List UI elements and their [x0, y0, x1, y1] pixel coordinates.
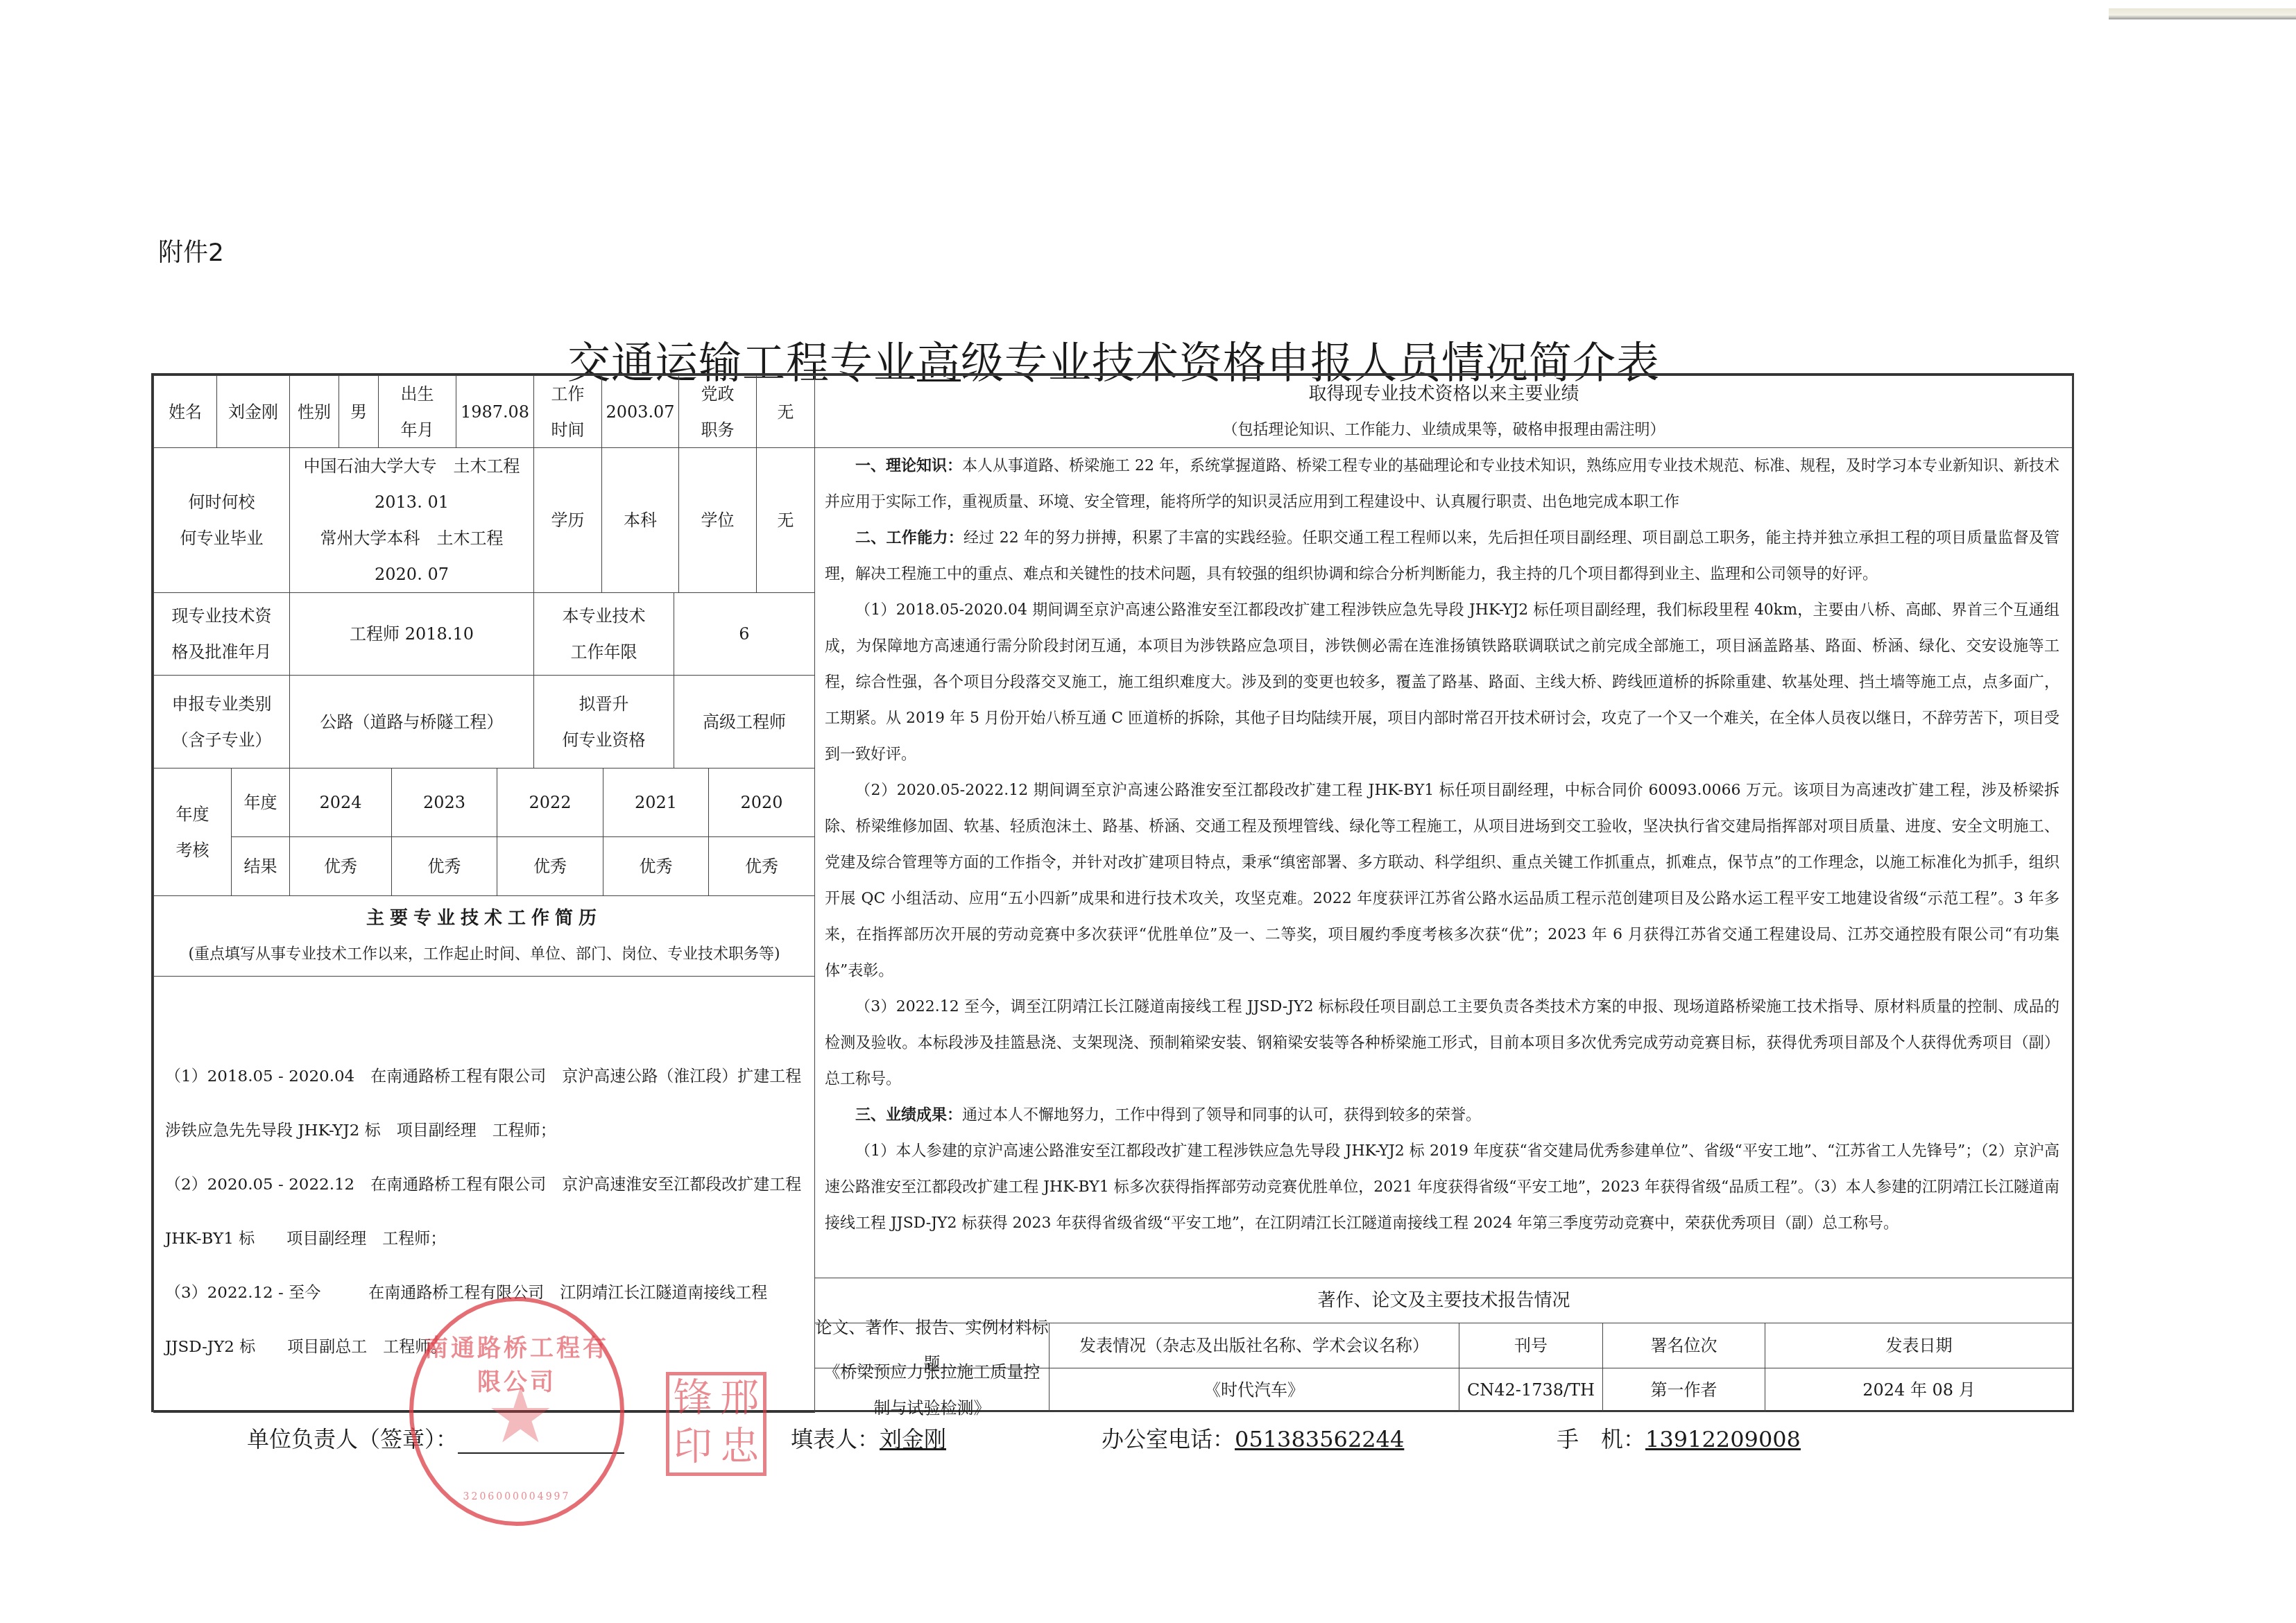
birth-value: 1987.08 — [456, 375, 534, 448]
degree-label: 学位 — [678, 447, 757, 593]
category-value: 公路（道路与桥隧工程） — [289, 675, 534, 768]
party-post-label: 党政职务 — [678, 375, 757, 448]
publication-cell: 2024 年 08 月 — [1765, 1368, 2073, 1412]
party-post-value: 无 — [756, 375, 815, 448]
assessment-result: 优秀 — [603, 836, 709, 896]
resume-entry: （1）2018.05 - 2020.04 在南通路桥工程有限公司 京沪高速公路（… — [165, 1049, 806, 1158]
resume-subheading: (重点填写从事专业技术工作以来，工作起止时间、单位、部门、岗位、专业技术职务等) — [188, 936, 780, 972]
assessment-result: 优秀 — [289, 836, 392, 896]
assessment-result: 优秀 — [391, 836, 497, 896]
filler-name: 刘金刚 — [880, 1426, 946, 1452]
publication-cell: 第一作者 — [1602, 1368, 1765, 1412]
assessment-year: 2020 — [708, 768, 815, 837]
resume-entry: （2）2020.05 - 2022.12 在南通路桥工程有限公司 京沪高速淮安至… — [165, 1158, 806, 1266]
achievement-paragraph: （1）2018.05-2020.04 期间调至京沪高速公路淮安至江都段改扩建工程… — [825, 592, 2059, 773]
assessment-result-label: 结果 — [231, 836, 290, 896]
info-table: 姓名 刘金刚 性别 男 出生年月 1987.08 工作时间 2003.07 党政… — [151, 373, 2074, 1412]
resume-heading-cell: 主要专业技术工作简历 (重点填写从事专业技术工作以来，工作起止时间、单位、部门、… — [153, 895, 815, 977]
achievement-paragraph: （1）本人参建的京沪高速公路淮安至江都段改扩建工程涉铁应急先导段 JHK-YJ2… — [825, 1133, 2059, 1242]
target-label: 拟晋升何专业资格 — [533, 675, 674, 768]
star-icon: ★ — [486, 1377, 555, 1454]
education-value: 中国石油大学大专 土木工程2013. 01常州大学本科 土木工程2020. 07 — [289, 447, 534, 593]
target-value: 高级工程师 — [674, 675, 815, 768]
achievement-paragraph: 二、工作能力：经过 22 年的努力拼搏，积累了丰富的实践经验。任职交通工程工程师… — [825, 520, 2059, 592]
achievement-paragraph: （2）2020.05-2022.12 期间调至京沪高速公路淮安至江都段改扩建工程… — [825, 773, 2059, 989]
publication-cell: CN42-1738/TH — [1459, 1368, 1603, 1412]
qualification-label: 现专业技术资格及批准年月 — [153, 592, 290, 676]
degree-value: 无 — [756, 447, 815, 593]
achievement-paragraph: 三、业绩成果：通过本人不懈地努力，工作中得到了领导和同事的认可，获得到较多的荣誉… — [825, 1097, 2059, 1133]
gender-value: 男 — [339, 375, 379, 448]
publication-column-header: 发表情况（杂志及出版社名称、学术会议名称） — [1049, 1323, 1459, 1368]
name-label: 姓名 — [153, 375, 217, 448]
degree-level-label: 学历 — [533, 447, 602, 593]
assessment-label: 年度考核 — [153, 768, 232, 896]
gender-label: 性别 — [289, 375, 339, 448]
scan-edge — [2109, 8, 2296, 19]
assessment-year: 2022 — [497, 768, 603, 837]
assessment-year-label: 年度 — [231, 768, 290, 837]
resume-heading: 主要专业技术工作简历 — [366, 900, 602, 936]
assessment-year: 2021 — [603, 768, 709, 837]
achievement-paragraph: 一、理论知识：本人从事道路、桥梁施工 22 年，系统掌握道路、桥梁工程专业的基础… — [825, 448, 2059, 520]
achievements-heading-cell: 取得现专业技术资格以来主要业绩 （包括理论知识、工作能力、业绩成果等，破格申报理… — [814, 375, 2073, 448]
publication-column-header: 发表日期 — [1765, 1323, 2073, 1368]
publication-cell: 《时代汽车》 — [1049, 1368, 1459, 1412]
filler: 填表人：刘金刚 — [791, 1422, 946, 1454]
assessment-result: 优秀 — [708, 836, 815, 896]
qualification-value: 工程师 2018.10 — [289, 592, 534, 676]
degree-level-value: 本科 — [601, 447, 679, 593]
mobile-phone: 手 机：13912209008 — [1557, 1422, 1801, 1454]
attachment-label: 附件2 — [158, 233, 224, 268]
tech-years-value: 6 — [674, 592, 815, 676]
category-label: 申报专业类别（含子专业） — [153, 675, 290, 768]
assessment-year: 2023 — [391, 768, 497, 837]
publication-cell: 《桥梁预应力张拉施工质量控制与试验检测》 — [814, 1368, 1050, 1412]
assessment-year: 2024 — [289, 768, 392, 837]
office-phone: 办公室电话：051383562244 — [1102, 1422, 1404, 1454]
mobile-phone-value: 13912209008 — [1645, 1426, 1801, 1452]
assessment-result: 优秀 — [497, 836, 603, 896]
achievements-subheading: （包括理论知识、工作能力、业绩成果等，破格申报理由需注明） — [1222, 412, 1665, 448]
education-label: 何时何校何专业毕业 — [153, 447, 290, 593]
work-start-value: 2003.07 — [601, 375, 679, 448]
office-phone-value: 051383562244 — [1235, 1426, 1404, 1452]
publication-column-header: 署名位次 — [1602, 1323, 1765, 1368]
publication-column-header: 刊号 — [1459, 1323, 1603, 1368]
work-start-label: 工作时间 — [533, 375, 602, 448]
company-seal: 南通路桥工程有限公司 ★ 3206000004997 — [409, 1297, 624, 1526]
tech-years-label: 本专业技术工作年限 — [533, 592, 674, 676]
company-seal-code: 3206000004997 — [413, 1491, 620, 1502]
achievements-heading: 取得现专业技术资格以来主要业绩 — [1308, 376, 1579, 412]
achievement-paragraph: （3）2022.12 至今，调至江阴靖江长江隧道南接线工程 JJSD-JY2 标… — [825, 989, 2059, 1097]
birth-label: 出生年月 — [378, 375, 456, 448]
personal-seal: 锋邢 印忠 — [666, 1372, 766, 1476]
achievements-body: 一、理论知识：本人从事道路、桥梁施工 22 年，系统掌握道路、桥梁工程专业的基础… — [814, 447, 2073, 1278]
name-value: 刘金刚 — [216, 375, 290, 448]
